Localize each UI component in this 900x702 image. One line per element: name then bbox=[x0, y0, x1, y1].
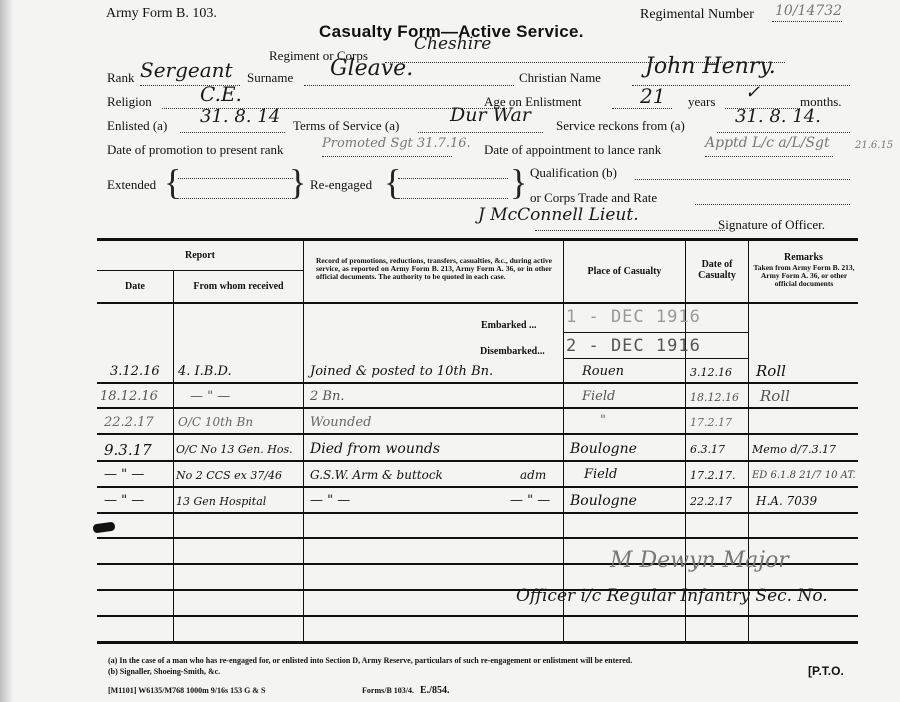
closing-signature: M Dewyn Major bbox=[610, 548, 789, 573]
header-date: Date bbox=[97, 281, 173, 292]
row-place: Boulogne bbox=[570, 493, 637, 509]
row-record: 2 Bn. bbox=[310, 389, 344, 404]
row-place: Rouen bbox=[582, 364, 624, 379]
pto-label: [P.T.O. bbox=[808, 664, 844, 678]
terms-label: Terms of Service (a) bbox=[293, 118, 399, 134]
row-from: O/C No 13 Gen. Hos. bbox=[176, 443, 293, 456]
print-code: [M1101] W6135/M768 1000m 9/16s 153 G & S bbox=[108, 686, 265, 695]
header-report: Report bbox=[97, 250, 303, 261]
reckons-value: 31. 8. 14. bbox=[735, 106, 821, 127]
promotion-value: Promoted Sgt 31.7.16. bbox=[322, 136, 471, 151]
table-bottom-rule bbox=[97, 641, 858, 644]
rank-value: Sergeant bbox=[140, 58, 233, 82]
religion-value: C.E. bbox=[200, 82, 242, 106]
embarked-label: Embarked ... bbox=[481, 320, 537, 331]
regimental-number-label: Regimental Number bbox=[640, 7, 754, 23]
extended-brace-close: } bbox=[289, 164, 306, 200]
promotion-label: Date of promotion to present rank bbox=[107, 142, 284, 158]
forms-code: Forms/B 103/4. bbox=[362, 686, 414, 695]
lance-value: Apptd L/c a/L/Sgt bbox=[705, 135, 830, 151]
age-years-value: 21 bbox=[640, 84, 665, 108]
qualification-label: Qualification (b) bbox=[530, 165, 617, 181]
row-record: Wounded bbox=[310, 415, 371, 430]
scan-edge bbox=[0, 0, 14, 702]
footnote-a: (a) In the case of a man who has re-enga… bbox=[108, 656, 632, 665]
row-place: Field bbox=[582, 389, 615, 404]
disembarked-stamp: 2 - DEC 1916 bbox=[566, 336, 701, 356]
christian-name-label: Christian Name bbox=[519, 70, 601, 86]
row-remarks: ED 6.1.8 21/7 10 AT. bbox=[752, 470, 856, 481]
row-record-extra: — " — bbox=[510, 493, 550, 508]
lance-extra-value: 21.6.15 bbox=[855, 140, 893, 151]
row-casualty-date: 3.12.16 bbox=[690, 366, 732, 379]
row-place: " bbox=[600, 413, 606, 428]
reckons-label: Service reckons from (a) bbox=[556, 118, 685, 134]
disembarked-label: Disembarked... bbox=[480, 346, 545, 357]
row-from: No 2 CCS ex 37/46 bbox=[176, 469, 282, 482]
row-record: G.S.W. Arm & buttock bbox=[310, 468, 443, 482]
years-label: years bbox=[688, 94, 715, 110]
row-casualty-date: 17.2.17 bbox=[690, 416, 732, 429]
row-casualty-date: 18.12.16 bbox=[690, 391, 739, 404]
row-from: 4. I.B.D. bbox=[178, 364, 232, 379]
header-date-of-casualty: Date of Casualty bbox=[686, 259, 748, 281]
row-casualty-date: 17.2.17. bbox=[690, 469, 735, 482]
surname-label: Surname bbox=[247, 70, 293, 86]
row-from: 13 Gen Hospital bbox=[176, 495, 266, 508]
header-remarks-sub: Taken from Army Form B. 213, Army Form A… bbox=[752, 264, 856, 288]
header-place: Place of Casualty bbox=[564, 266, 685, 277]
closing-office: Officer i/c Regular Infantry Sec. No. bbox=[516, 586, 828, 606]
rank-label: Rank bbox=[107, 70, 134, 86]
embarked-stamp: 1 - DEC 1916 bbox=[566, 307, 701, 327]
header-from-whom: From whom received bbox=[174, 281, 303, 292]
row-casualty-date: 6.3.17 bbox=[690, 443, 725, 456]
extended-label: Extended bbox=[107, 177, 156, 193]
enlisted-label: Enlisted (a) bbox=[107, 118, 167, 134]
reengaged-label: Re-engaged bbox=[310, 177, 372, 193]
ink-blot bbox=[92, 522, 115, 534]
reengaged-brace-close: } bbox=[510, 164, 527, 200]
trade-label: or Corps Trade and Rate bbox=[530, 190, 657, 206]
row-date: — " — bbox=[104, 467, 144, 482]
row-from: — " — bbox=[190, 389, 230, 404]
extended-brace-open: { bbox=[164, 164, 181, 200]
row-place: Field bbox=[584, 467, 617, 482]
religion-label: Religion bbox=[107, 94, 152, 110]
row-remarks: H.A. 7039 bbox=[756, 494, 817, 508]
row-date: 9.3.17 bbox=[104, 441, 152, 459]
row-remarks: Memo d/7.3.17 bbox=[752, 443, 836, 456]
table-top-rule bbox=[97, 238, 858, 241]
header-remarks: Remarks bbox=[749, 252, 858, 263]
row-record: Died from wounds bbox=[310, 441, 440, 457]
christian-name-value: John Henry. bbox=[645, 54, 776, 79]
age-months-value: ✓ bbox=[745, 82, 760, 103]
header-record: Record of promotions, reductions, transf… bbox=[316, 257, 552, 281]
row-place: Boulogne bbox=[570, 441, 637, 457]
header-bottom-rule bbox=[97, 302, 858, 304]
surname-value: Gleave. bbox=[330, 56, 413, 81]
officer-signature: J McConnell Lieut. bbox=[478, 205, 639, 225]
footnote-b: (b) Signaller, Shoeing-Smith, &c. bbox=[108, 667, 220, 676]
row-from: O/C 10th Bn bbox=[178, 415, 253, 429]
row-remarks: Roll bbox=[756, 362, 786, 380]
regiment-value: Cheshire bbox=[414, 34, 491, 54]
terms-value: Dur War bbox=[450, 104, 531, 126]
signature-label: Signature of Officer. bbox=[718, 217, 825, 233]
row-record-extra: adm bbox=[520, 468, 546, 482]
row-remarks: Roll bbox=[760, 387, 790, 405]
row-record: Joined & posted to 10th Bn. bbox=[310, 364, 493, 379]
serial-code: E./854. bbox=[420, 685, 449, 696]
row-date: 18.12.16 bbox=[100, 389, 158, 404]
enlisted-value: 31. 8. 14 bbox=[200, 106, 280, 127]
row-date: 3.12.16 bbox=[110, 364, 160, 379]
regimental-number-value: 10/14732 bbox=[775, 3, 842, 19]
row-record: — " — bbox=[310, 493, 350, 508]
form-number: Army Form B. 103. bbox=[106, 6, 217, 22]
row-casualty-date: 22.2.17 bbox=[690, 495, 732, 508]
lance-label: Date of appointment to lance rank bbox=[484, 142, 661, 158]
row-date: — " — bbox=[104, 493, 144, 508]
reengaged-brace-open: { bbox=[384, 164, 401, 200]
row-date: 22.2.17 bbox=[104, 415, 154, 430]
